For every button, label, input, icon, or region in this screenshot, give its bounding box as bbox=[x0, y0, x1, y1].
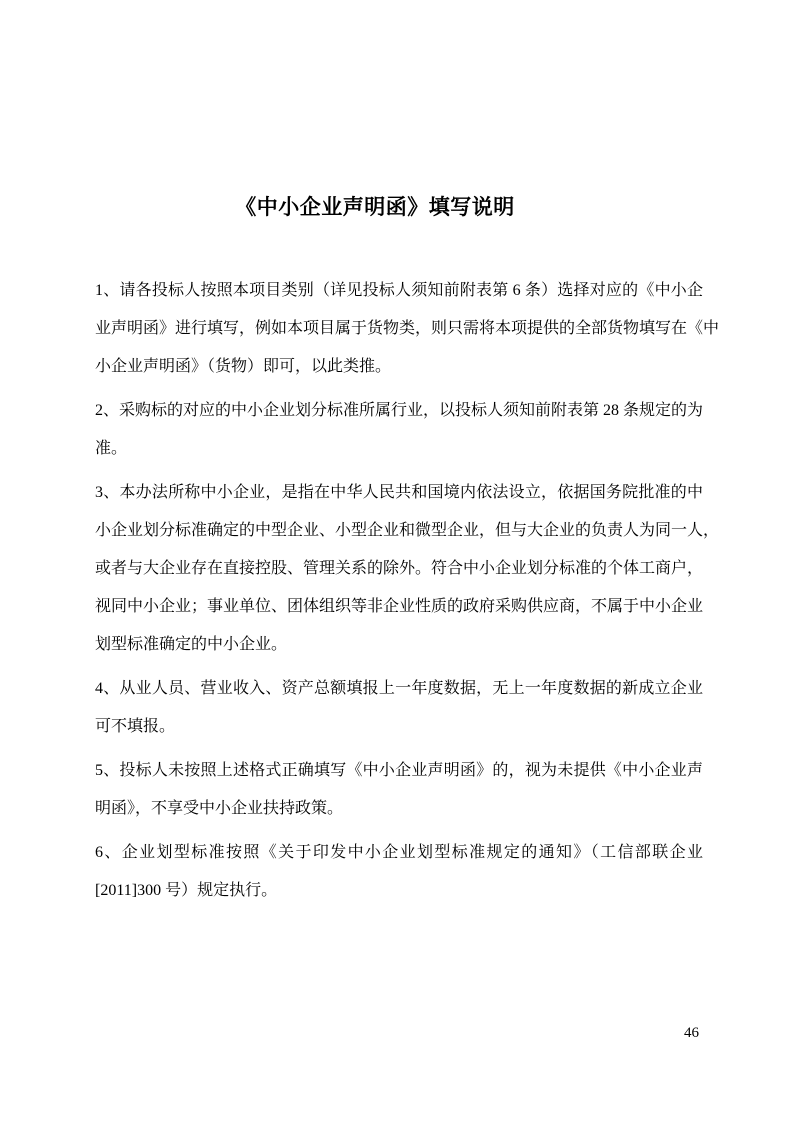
text-line: 小企业声明函》（货物）即可，以此类推。 bbox=[95, 348, 703, 386]
document-body: 1、请各投标人按照本项目类别（详见投标人须知前附表第 6 条）选择对应的《中小企… bbox=[95, 272, 703, 910]
text-line: 视同中小企业；事业单位、团体组织等非企业性质的政府采购供应商，不属于中小企业 bbox=[95, 588, 703, 626]
document-page: 《中小企业声明函》填写说明 1、请各投标人按照本项目类别（详见投标人须知前附表第… bbox=[0, 0, 794, 1122]
text-line: 3、本办法所称中小企业，是指在中华人民共和国境内依法设立，依据国务院批准的中 bbox=[95, 474, 703, 512]
text-line: [2011]300 号）规定执行。 bbox=[95, 872, 703, 910]
paragraph: 5、投标人未按照上述格式正确填写《中小企业声明函》的，视为未提供《中小企业声明函… bbox=[95, 752, 703, 828]
paragraph: 4、从业人员、营业收入、资产总额填报上一年度数据，无上一年度数据的新成立企业可不… bbox=[95, 670, 703, 746]
paragraph: 6、企业划型标准按照《关于印发中小企业划型标准规定的通知》（工信部联企业[201… bbox=[95, 834, 703, 910]
text-line: 业声明函》进行填写，例如本项目属于货物类，则只需将本项提供的全部货物填写在《中 bbox=[95, 310, 703, 348]
text-line: 4、从业人员、营业收入、资产总额填报上一年度数据，无上一年度数据的新成立企业 bbox=[95, 670, 703, 708]
paragraph: 1、请各投标人按照本项目类别（详见投标人须知前附表第 6 条）选择对应的《中小企… bbox=[95, 272, 703, 386]
text-line: 小企业划分标准确定的中型企业、小型企业和微型企业，但与大企业的负责人为同一人， bbox=[95, 512, 703, 550]
text-line: 5、投标人未按照上述格式正确填写《中小企业声明函》的，视为未提供《中小企业声 bbox=[95, 752, 703, 790]
text-line: 可不填报。 bbox=[95, 708, 703, 746]
text-line: 2、采购标的对应的中小企业划分标准所属行业，以投标人须知前附表第 28 条规定的… bbox=[95, 392, 703, 430]
paragraph: 2、采购标的对应的中小企业划分标准所属行业，以投标人须知前附表第 28 条规定的… bbox=[95, 392, 703, 468]
text-line: 划型标准确定的中小企业。 bbox=[95, 626, 703, 664]
text-line: 1、请各投标人按照本项目类别（详见投标人须知前附表第 6 条）选择对应的《中小企 bbox=[95, 272, 703, 310]
text-line: 准。 bbox=[95, 430, 703, 468]
page-number: 46 bbox=[684, 1023, 699, 1043]
text-line: 6、企业划型标准按照《关于印发中小企业划型标准规定的通知》（工信部联企业 bbox=[95, 834, 703, 872]
text-line: 明函》，不享受中小企业扶持政策。 bbox=[95, 790, 703, 828]
paragraph: 3、本办法所称中小企业，是指在中华人民共和国境内依法设立，依据国务院批准的中小企… bbox=[95, 474, 703, 664]
document-title: 《中小企业声明函》填写说明 bbox=[95, 192, 700, 222]
text-line: 或者与大企业存在直接控股、管理关系的除外。符合中小企业划分标准的个体工商户， bbox=[95, 550, 703, 588]
